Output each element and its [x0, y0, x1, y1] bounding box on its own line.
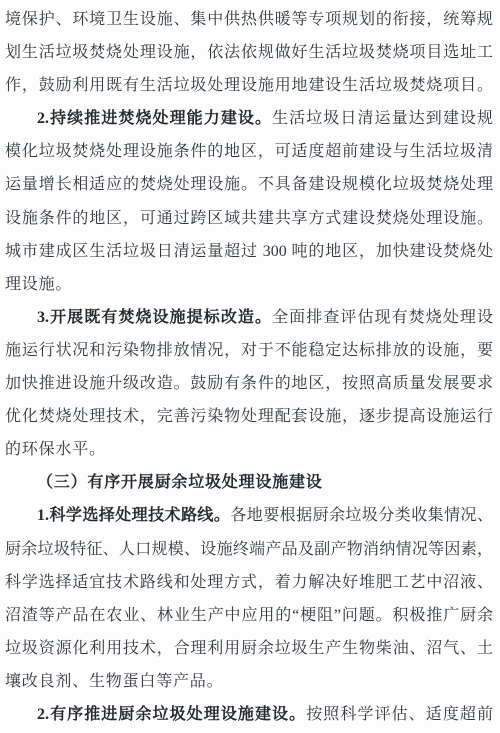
paragraph-lead-bold: （三）有序开展厨余垃圾处理设施建设: [37, 474, 323, 491]
text-line: 运量增长相适应的焚烧处理设施。不具备建设规模化垃圾焚烧处理: [5, 168, 493, 201]
paragraph-lead-bold: 2.有序推进厨余垃圾处理设施建设。: [37, 706, 306, 723]
text-line: 境保护、环境卫生设施、集中供热供暖等专项规划的衔接，统筹规: [5, 3, 493, 36]
paragraph-lead-bold: 2.持续推进焚烧处理能力建设。: [37, 110, 272, 127]
text-line: 1.科学选择处理技术路线。各地要根据厨余垃圾分类收集情况、: [5, 499, 493, 532]
text-line: 2.有序推进厨余垃圾处理设施建设。按照科学评估、适度超前: [5, 698, 493, 731]
text-line: 3.开展既有焚烧设施提标改造。全面排查评估现有焚烧处理设: [5, 301, 493, 334]
text-line: 垃圾资源化利用技术，合理利用厨余垃圾生产生物柴油、沼气、土: [5, 632, 493, 665]
text-line: 2.持续推进焚烧处理能力建设。生活垃圾日清运量达到建设规: [5, 102, 493, 135]
text-line: 沼渣等产品在农业、林业生产中应用的“梗阻”问题。积极推广厨余: [5, 599, 493, 632]
text-line: 厨余垃圾特征、人口规模、设施终端产品及副产物消纳情况等因素，: [5, 533, 493, 566]
document-page: 境保护、环境卫生设施、集中供热供暖等专项规划的衔接，统筹规划生活垃圾焚烧处理设施…: [0, 0, 500, 733]
text-line: （三）有序开展厨余垃圾处理设施建设: [5, 466, 493, 499]
text-line: 的环保水平。: [5, 433, 493, 466]
text-line: 优化焚烧处理技术，完善污染物处理配套设施，逐步提高设施运行: [5, 400, 493, 433]
text-line: 施运行状况和污染物排放情况，对于不能稳定达标排放的设施，要: [5, 334, 493, 367]
text-line: 设施条件的地区，可通过跨区域共建共享方式建设焚烧处理设施。: [5, 202, 493, 235]
text-line: 壤改良剂、生物蛋白等产品。: [5, 665, 493, 698]
paragraph-lead-bold: 3.开展既有焚烧设施提标改造。: [37, 309, 272, 326]
document-lines: 境保护、环境卫生设施、集中供热供暖等专项规划的衔接，统筹规划生活垃圾焚烧处理设施…: [5, 3, 493, 731]
text-line: 城市建成区生活垃圾日清运量超过 300 吨的地区，加快建设焚烧处: [5, 235, 493, 268]
text-line: 加快推进设施升级改造。鼓励有条件的地区，按照高质量发展要求: [5, 367, 493, 400]
text-line: 理设施。: [5, 268, 493, 301]
text-line: 模化垃圾焚烧处理设施条件的地区，可适度超前建设与生活垃圾清: [5, 135, 493, 168]
text-line: 作，鼓励利用既有生活垃圾处理设施用地建设生活垃圾焚烧项目。: [5, 69, 493, 102]
paragraph-lead-bold: 1.科学选择处理技术路线。: [37, 507, 230, 524]
text-line: 划生活垃圾焚烧处理设施，依法依规做好生活垃圾焚烧项目选址工: [5, 36, 493, 69]
text-line: 科学选择适宜技术路线和处理方式，着力解决好堆肥工艺中沼液、: [5, 566, 493, 599]
